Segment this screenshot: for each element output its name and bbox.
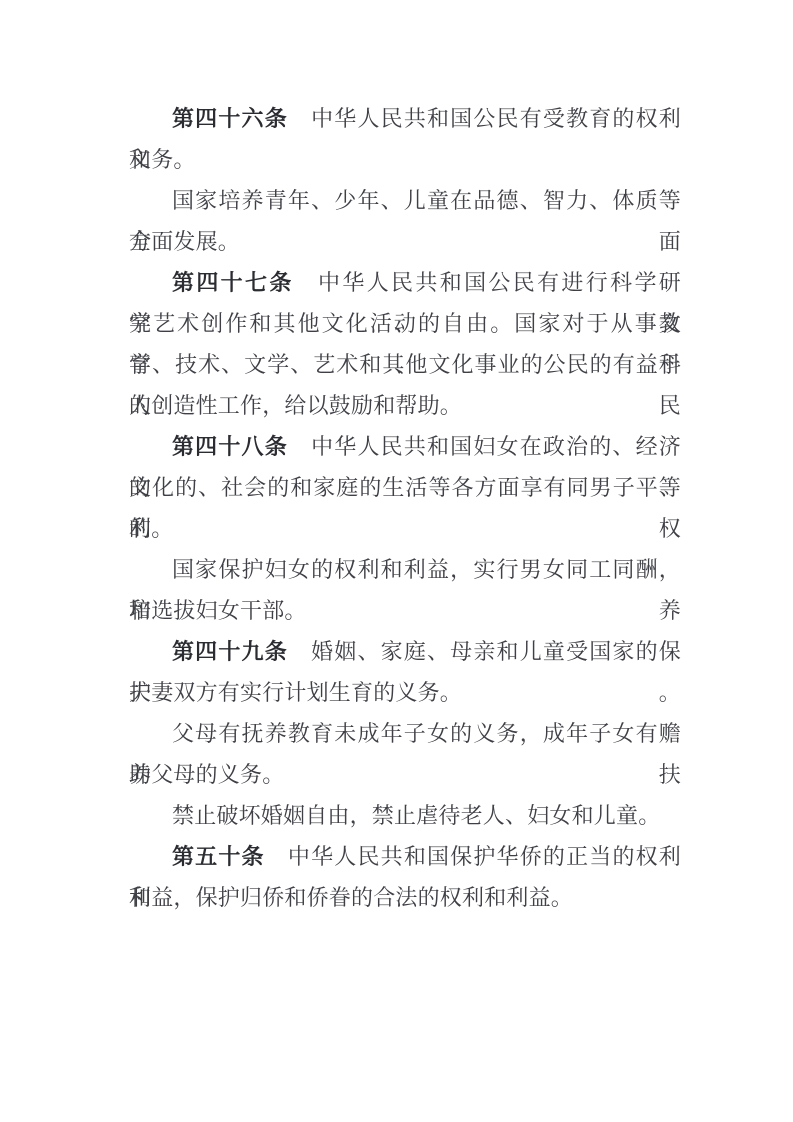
- text-line: 利益，保护归侨和侨眷的合法的权利和利益。: [129, 877, 681, 918]
- article-number: 第五十条: [172, 844, 265, 869]
- article-number: 第四十七条: [172, 270, 294, 295]
- document-page: 第四十六条 中华人民共和国公民有受教育的权利和义务。国家培养青年、少年、儿童在品…: [0, 0, 793, 1122]
- text-line: 学、技术、文学、艺术和其他文化事业的公民的有益于人民: [129, 344, 681, 385]
- text-line: 学艺术创作和其他文化活动的自由。国家对于从事教育、科: [129, 303, 681, 344]
- line-text: 助父母的义务。: [129, 762, 284, 787]
- text-line: 国家保护妇女的权利和利益，实行男女同工同酬，培养: [129, 549, 681, 590]
- line-text: 利益，保护归侨和侨眷的合法的权利和利益。: [129, 885, 573, 910]
- line-text: 文化的、社会的和家庭的生活等各方面享有同男子平等的权: [129, 475, 681, 541]
- text-line: 第五十条 中华人民共和国保护华侨的正当的权利和: [129, 836, 681, 877]
- article-number: 第四十八条: [172, 434, 288, 459]
- text-line: 义务。: [129, 139, 681, 180]
- line-text: 的创造性工作，给以鼓励和帮助。: [129, 393, 462, 418]
- page-text-block: 第四十六条 中华人民共和国公民有受教育的权利和义务。国家培养青年、少年、儿童在品…: [129, 98, 681, 918]
- line-text: 禁止破坏婚姻自由，禁止虐待老人、妇女和儿童。: [172, 803, 660, 828]
- text-line: 第四十九条 婚姻、家庭、母亲和儿童受国家的保护。: [129, 631, 681, 672]
- line-text: 利。: [129, 516, 173, 541]
- article-number: 第四十九条: [172, 639, 288, 664]
- line-text: 夫妻双方有实行计划生育的义务。: [129, 680, 462, 705]
- line-text: 和选拔妇女干部。: [129, 598, 307, 623]
- line-text: 义务。: [129, 147, 196, 172]
- text-line: 第四十八条 中华人民共和国妇女在政治的、经济的、: [129, 426, 681, 467]
- text-line: 禁止破坏婚姻自由，禁止虐待老人、妇女和儿童。: [129, 795, 681, 836]
- text-line: 第四十七条 中华人民共和国公民有进行科学研究、文: [129, 262, 681, 303]
- line-text: 全面发展。: [129, 229, 240, 254]
- text-line: 第四十六条 中华人民共和国公民有受教育的权利和: [129, 98, 681, 139]
- article-number: 第四十六条: [172, 106, 288, 131]
- text-line: 国家培养青年、少年、儿童在品德、智力、体质等方面: [129, 180, 681, 221]
- text-line: 父母有抚养教育未成年子女的义务，成年子女有赡养扶: [129, 713, 681, 754]
- text-line: 文化的、社会的和家庭的生活等各方面享有同男子平等的权: [129, 467, 681, 508]
